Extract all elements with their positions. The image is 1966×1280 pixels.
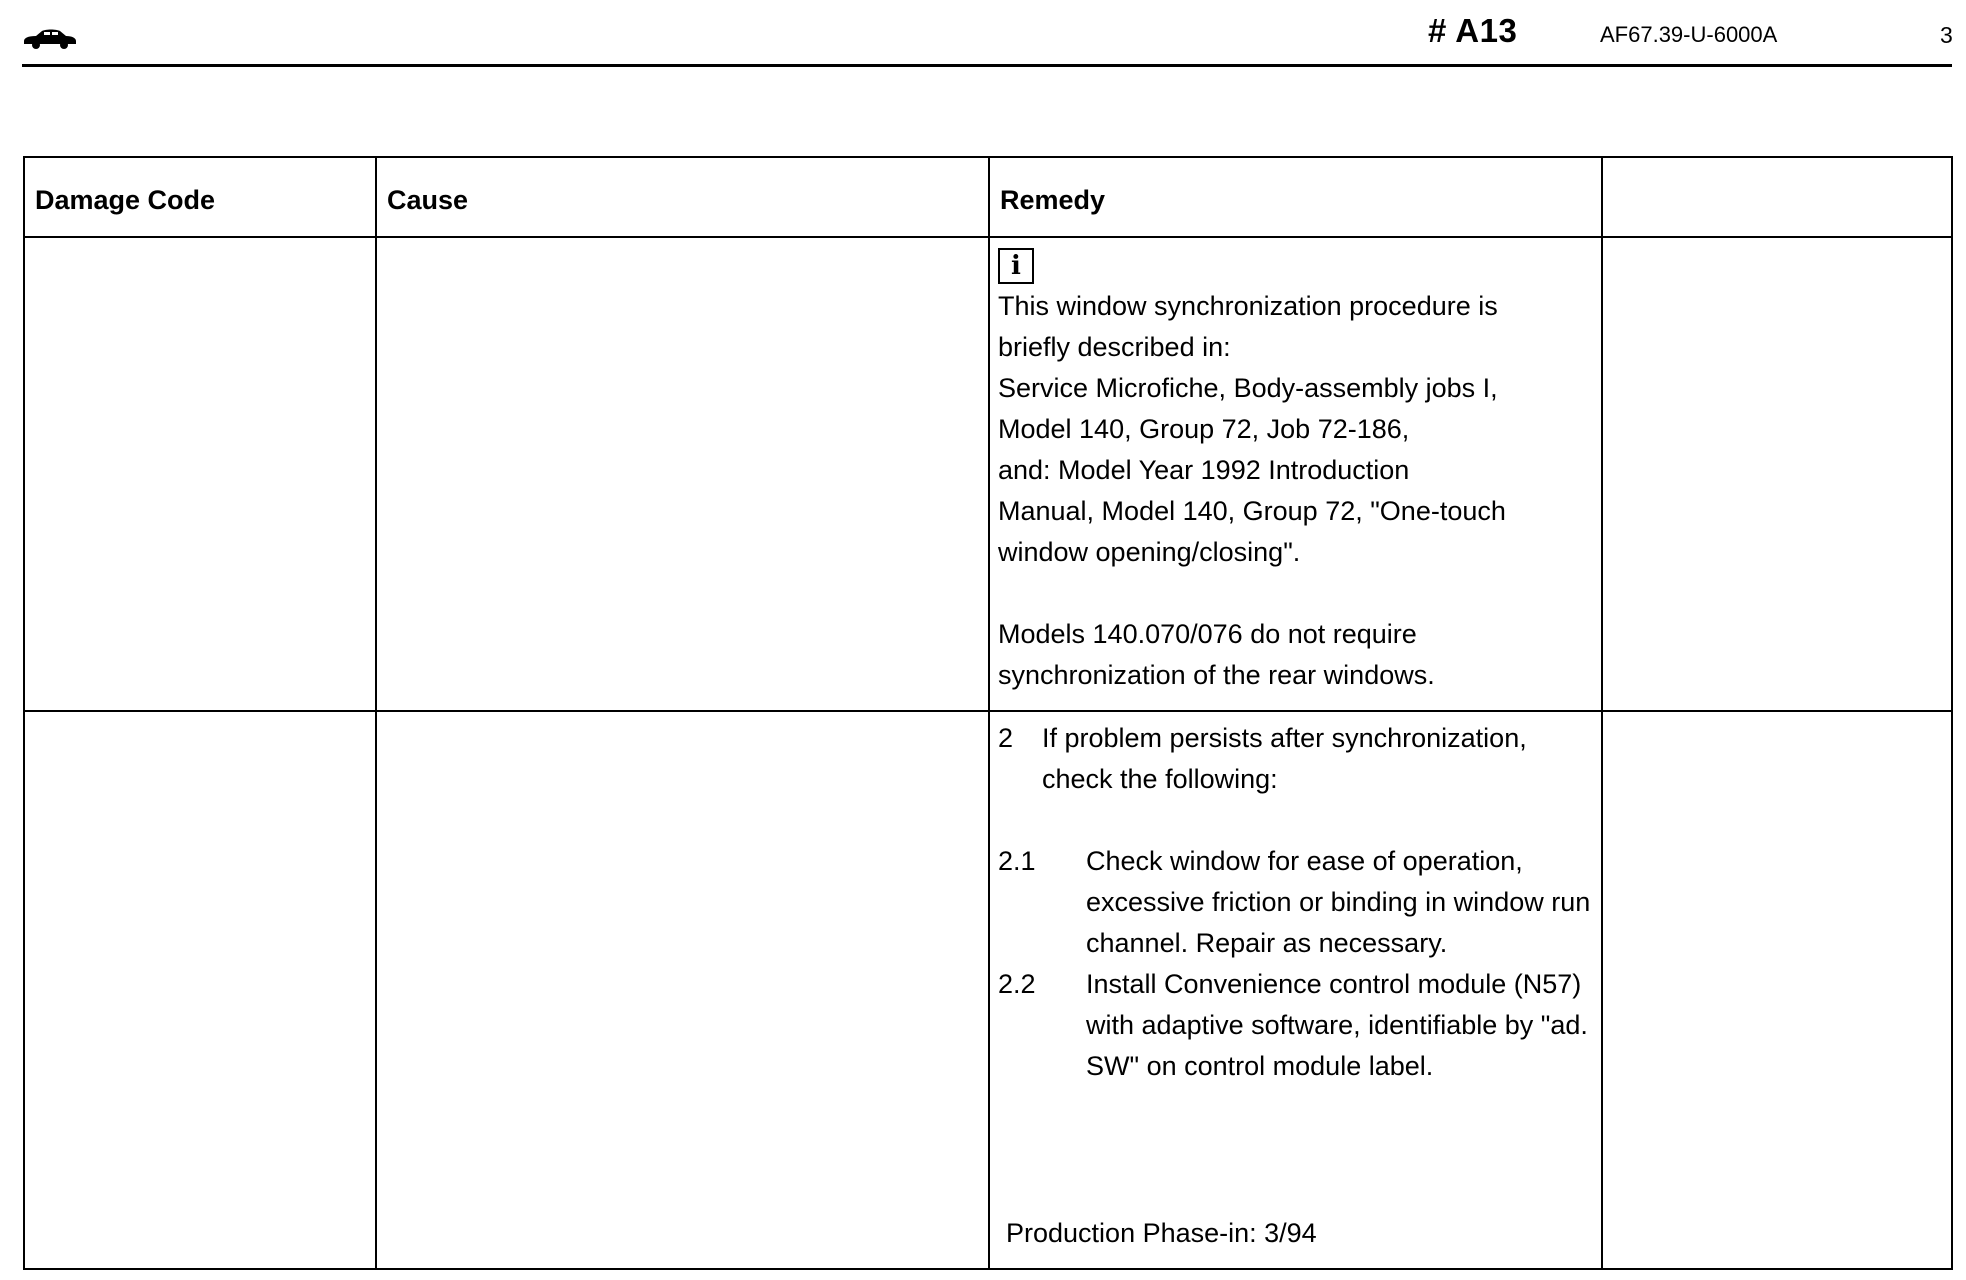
car-icon xyxy=(22,28,78,50)
text-line: Service Microfiche, Body-assembly jobs I… xyxy=(998,368,1593,409)
damage-code-table: Damage Code Cause Remedy i This window s… xyxy=(23,156,1953,1270)
column-header-blank xyxy=(1602,157,1952,237)
extra-cell xyxy=(1602,237,1952,711)
remedy-step: 2 If problem persists after synchronizat… xyxy=(998,718,1593,800)
text-line: synchronization of the rear windows. xyxy=(998,655,1593,696)
table-header-row: Damage Code Cause Remedy xyxy=(24,157,1952,237)
extra-cell xyxy=(1602,711,1952,1269)
text-line: window opening/closing". xyxy=(998,532,1593,573)
table-row: 2 If problem persists after synchronizat… xyxy=(24,711,1952,1269)
column-header-damage-code: Damage Code xyxy=(24,157,376,237)
remedy-cell: 2 If problem persists after synchronizat… xyxy=(989,711,1602,1269)
cause-cell xyxy=(376,711,989,1269)
production-phase-in: Production Phase-in: 3/94 xyxy=(998,1207,1325,1254)
remedy-model-note: Models 140.070/076 do not require synchr… xyxy=(998,614,1593,696)
info-icon: i xyxy=(998,248,1034,284)
cause-cell xyxy=(376,237,989,711)
step-number: 2 xyxy=(998,718,1042,800)
column-header-remedy: Remedy xyxy=(989,157,1602,237)
substep-number: 2.1 xyxy=(998,841,1086,964)
text-line: and: Model Year 1992 Introduction xyxy=(998,450,1593,491)
step-text: If problem persists after synchronizatio… xyxy=(1042,718,1593,800)
remedy-substep: 2.1 Check window for ease of operation, … xyxy=(998,841,1593,964)
text-line: Manual, Model 140, Group 72, "One-touch xyxy=(998,491,1593,532)
substep-text: Install Convenience control module (N57)… xyxy=(1086,964,1593,1087)
column-header-cause: Cause xyxy=(376,157,989,237)
substep-number: 2.2 xyxy=(998,964,1086,1087)
page-number: 3 xyxy=(1940,22,1953,49)
damage-code-cell xyxy=(24,711,376,1269)
remedy-substep: 2.2 Install Convenience control module (… xyxy=(998,964,1593,1087)
remedy-cell: i This window synchronization procedure … xyxy=(989,237,1602,711)
header-divider xyxy=(22,64,1952,67)
table-row: i This window synchronization procedure … xyxy=(24,237,1952,711)
damage-code-cell xyxy=(24,237,376,711)
document-number: AF67.39-U-6000A xyxy=(1600,22,1777,48)
remedy-reference-text: This window synchronization procedure is… xyxy=(998,286,1593,573)
text-line: This window synchronization procedure is xyxy=(998,286,1593,327)
text-line: Models 140.070/076 do not require xyxy=(998,614,1593,655)
reference-code: # A13 xyxy=(1428,12,1517,50)
text-line: Model 140, Group 72, Job 72-186, xyxy=(998,409,1593,450)
text-line: briefly described in: xyxy=(998,327,1593,368)
substep-text: Check window for ease of operation, exce… xyxy=(1086,841,1593,964)
